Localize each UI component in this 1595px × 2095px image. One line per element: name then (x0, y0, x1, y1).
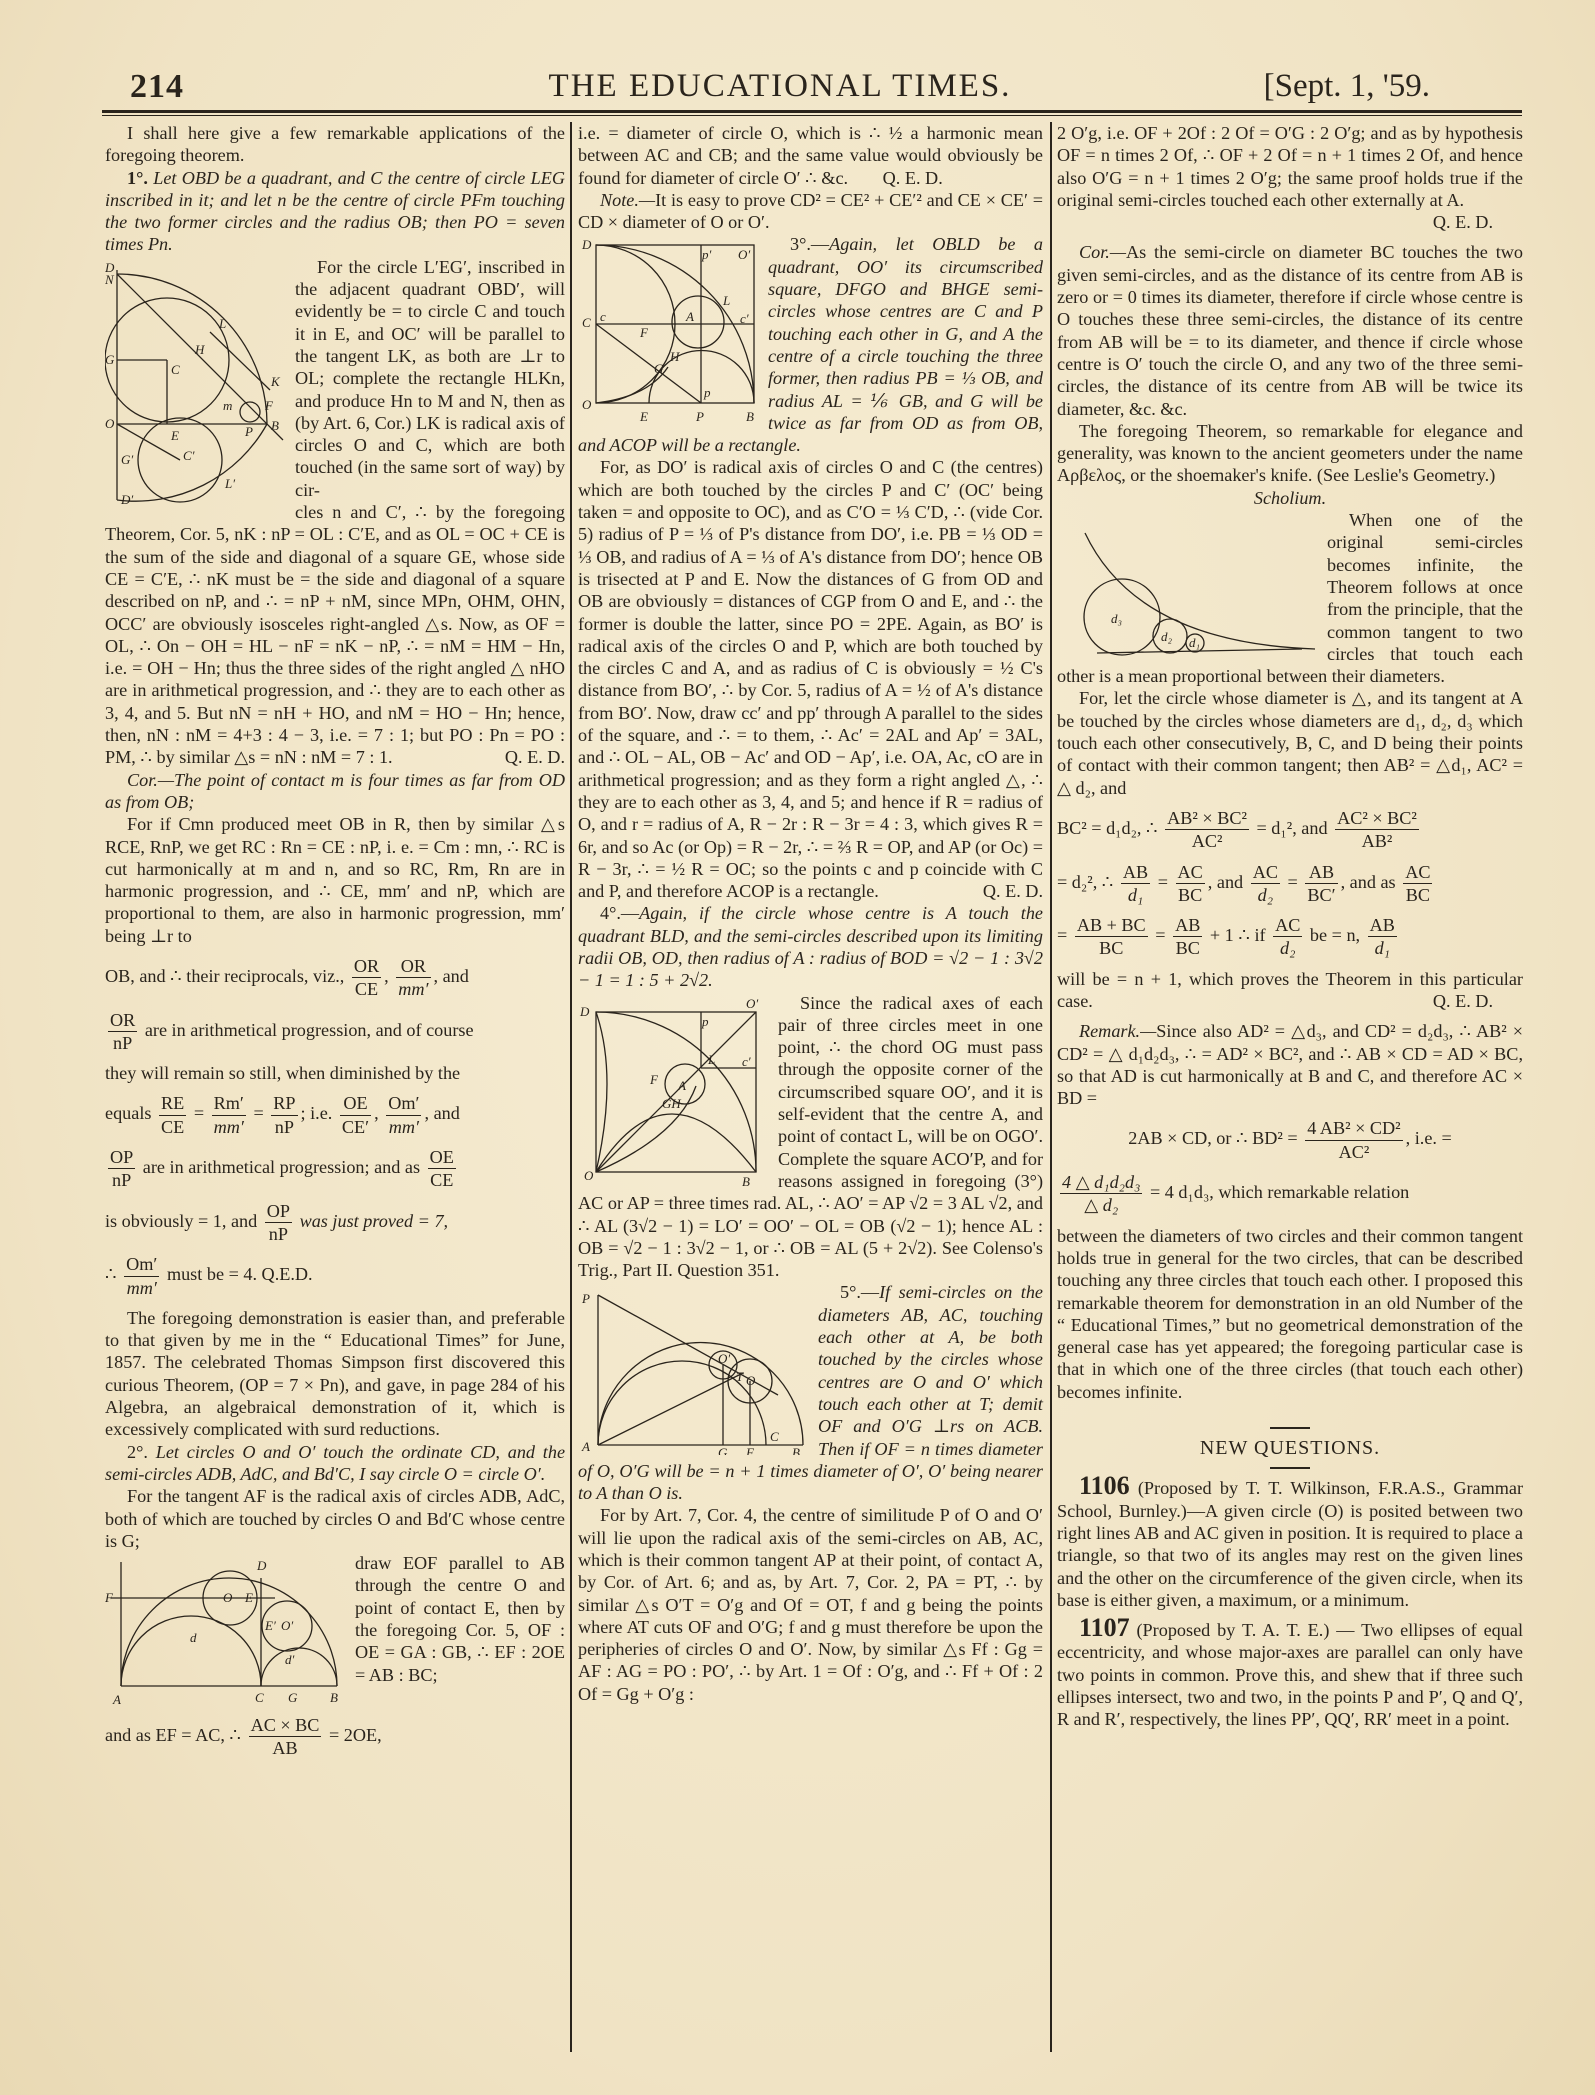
svg-text:E: E (170, 428, 179, 443)
masthead: 214 THE EDUCATIONAL TIMES. [Sept. 1, '59… (130, 62, 1430, 110)
svg-text:A: A (677, 1078, 686, 1093)
svg-text:B: B (746, 409, 754, 424)
scholium-conclusion: will be = n + 1, which proves the Theore… (1057, 968, 1523, 1013)
equation-reciprocals: OB, and ∴ their reciprocals, viz., ORCE,… (105, 955, 565, 1001)
svg-text:O′: O′ (746, 996, 758, 1011)
svg-text:H: H (194, 342, 205, 357)
svg-text:G: G (105, 352, 115, 367)
fraction: AB + BCBC (1075, 914, 1148, 960)
fraction: ACBC (1176, 861, 1205, 907)
proposition-4: 4°.—Again, if the circle whose centre is… (578, 902, 1043, 991)
svg-text:E′: E′ (264, 1618, 276, 1633)
svg-text:P: P (581, 1291, 590, 1306)
proposition-3-proof: For, as DO′ is radical axis of circles O… (578, 456, 1043, 902)
column-divider (1050, 122, 1052, 2052)
fraction: Rm′mm′ (212, 1092, 246, 1138)
svg-text:O′: O′ (718, 1351, 730, 1366)
fraction: AC × BCAB (249, 1714, 322, 1760)
svg-text:O: O (746, 1373, 756, 1388)
arbelos-diagram-icon: DFOE E′O′dd′ ACGB (105, 1556, 345, 1706)
fraction: RPnP (271, 1092, 297, 1138)
svg-text:d′: d′ (285, 1652, 295, 1667)
svg-text:d₁: d₁ (1189, 635, 1200, 650)
fraction: ORmm′ (396, 955, 430, 1001)
section-heading-new-questions: NEW QUESTIONS. (1057, 1437, 1523, 1459)
section-divider (1270, 1427, 1310, 1429)
fraction: 4 △ d₁d₂d₃△ d₂ (1060, 1171, 1142, 1217)
fraction: ACBC (1403, 861, 1432, 907)
fraction: ABBC′ (1305, 861, 1337, 907)
proposition-1: 1°. Let OBD be a quadrant, and C the cen… (105, 167, 565, 256)
svg-text:B: B (271, 418, 279, 433)
svg-text:L′: L′ (224, 476, 235, 491)
question-number: 1107 (1079, 1613, 1130, 1642)
fraction: ABd₁ (1368, 914, 1397, 960)
scholium-heading: Scholium. (1057, 487, 1523, 509)
header-rule-thin (102, 115, 1522, 116)
svg-text:D: D (256, 1558, 267, 1573)
intro-paragraph: I shall here give a few remarkable appli… (105, 122, 565, 167)
proposition-5-conclusion: 2 O′g, i.e. OF + 2Of : 2 Of = O′G : 2 O′… (1057, 122, 1523, 211)
svg-text:N: N (105, 272, 115, 287)
figure-arbelos: DFOE E′O′dd′ ACGB (105, 1556, 345, 1706)
svg-text:G: G (288, 1690, 298, 1705)
column-divider (570, 122, 572, 2052)
equation-ef: and as EF = AC, ∴ AC × BCAB = 2OE, (105, 1708, 565, 1760)
svg-text:P: P (695, 409, 704, 424)
proposition-2-proof: For the tangent AF is the radical axis o… (105, 1485, 565, 1552)
proposition-5-proof: For by Art. 7, Cor. 4, the centre of sim… (578, 1504, 1043, 1705)
column-3: 2 O′g, i.e. OF + 2Of : 2 Of = O′G : 2 O′… (1057, 122, 1523, 1731)
equation-conclusion: ∴ Om′mm′ must be = 4. Q.E.D. (105, 1253, 565, 1299)
section-divider (1270, 1467, 1310, 1469)
fraction: ABd₁ (1121, 861, 1150, 907)
fraction: RECE (159, 1092, 186, 1138)
fraction: AB² × BC²AC² (1165, 807, 1249, 853)
svg-text:O′: O′ (281, 1618, 293, 1633)
tangent-circles-diagram-icon: d₃d₂d₁ DCBA (1057, 513, 1317, 658)
svg-text:C′: C′ (183, 448, 195, 463)
svg-text:A: A (581, 1439, 590, 1454)
svg-text:P: P (244, 424, 253, 439)
square-quadrant-diagram-icon: Dp′O′L CcAc′ FHGp OEPB (578, 237, 758, 427)
svg-text:K: K (270, 374, 281, 389)
fraction: OECE′ (340, 1092, 371, 1138)
svg-text:L: L (722, 293, 730, 308)
svg-text:A: A (685, 309, 694, 324)
semicircle-tangent-diagram-icon: PO′TO AGFCB (578, 1285, 808, 1455)
svg-text:D: D (581, 237, 592, 252)
svg-text:c′: c′ (740, 311, 749, 326)
svg-text:F: F (105, 1590, 114, 1605)
svg-text:A: A (112, 1692, 121, 1706)
qed-marker: Q. E. D. (505, 746, 565, 768)
svg-text:E: E (244, 1590, 253, 1605)
svg-text:T: T (736, 1369, 744, 1384)
proposition-2-conclusion: i.e. = diameter of circle O, which is ∴ … (578, 122, 1043, 189)
proposition-2: 2°. Let circles O and O′ touch the ordin… (105, 1441, 565, 1486)
corollary-proof: For if Cmn produced meet OB in R, then b… (105, 813, 565, 947)
header-rule (102, 110, 1522, 113)
svg-text:F: F (649, 1072, 659, 1087)
corollary: Cor.—As the semi-circle on diameter BC t… (1057, 241, 1523, 419)
svg-text:c′: c′ (742, 1054, 751, 1069)
svg-text:O: O (223, 1590, 233, 1605)
svg-text:G′: G′ (121, 452, 133, 467)
publication-title: THE EDUCATIONAL TIMES. (130, 68, 1430, 105)
svg-text:p: p (703, 385, 711, 400)
historical-note: The foregoing demonstration is easier th… (105, 1307, 565, 1441)
equation-d2: = d₂², ∴ ABd₁ = ACBC, and ACd₂ = ABBC′, … (1057, 861, 1523, 907)
svg-text:GH: GH (662, 1096, 681, 1111)
svg-text:L: L (218, 316, 226, 331)
fraction: AC² × BC²AB² (1335, 807, 1419, 853)
equation-or-np: ORnP are in arithmetical progression, an… (105, 1009, 565, 1055)
equation-bc: BC² = d₁d₂, ∴ AB² × BC²AC² = d₁², and AC… (1057, 807, 1523, 853)
fraction: 4 AB² × CD²AC² (1305, 1117, 1402, 1163)
svg-text:F: F (639, 325, 649, 340)
svg-text:C: C (770, 1429, 779, 1444)
svg-text:d: d (190, 1630, 197, 1645)
svg-text:O′: O′ (738, 247, 750, 262)
svg-text:d₂: d₂ (1161, 629, 1173, 644)
svg-text:B: B (792, 1445, 800, 1455)
arbelos-paragraph: The foregoing Theorem, so remarkable for… (1057, 420, 1523, 487)
figure-semicircles-tangent: PO′TO AGFCB (578, 1285, 808, 1455)
svg-text:d₃: d₃ (1111, 611, 1122, 626)
question-1107: 1107 (Proposed by T. A. T. E.) — Two ell… (1057, 1617, 1523, 1730)
svg-text:G: G (718, 1445, 728, 1455)
svg-text:D: D (579, 1004, 590, 1019)
svg-text:G: G (654, 361, 664, 376)
equation-equals: equals RECE = Rm′mm′ = RPnP; i.e. OECE′,… (105, 1092, 565, 1138)
remark: Remark.—Since also AD² = △d₃, and CD² = … (1057, 1020, 1523, 1109)
fraction: ABBC (1173, 914, 1202, 960)
fraction: ORCE (352, 955, 381, 1001)
equation-op-np: OPnP are in arithmetical progression; an… (105, 1146, 565, 1192)
equation-sum: = AB + BCBC = ABBC + 1 ∴ if ACd₂ be = n,… (1057, 914, 1523, 960)
figure-tangent-circles: d₃d₂d₁ DCBA (1057, 513, 1317, 658)
svg-text:F: F (264, 398, 274, 413)
quadrant-lens-diagram-icon: DpO′L c′FAGH OB (578, 996, 768, 1186)
question-number: 1106 (1079, 1471, 1130, 1500)
svg-text:m: m (223, 398, 232, 413)
svg-text:C: C (582, 315, 591, 330)
fraction: ACd₂ (1251, 861, 1280, 907)
svg-text:F: F (745, 1445, 755, 1455)
svg-text:B: B (330, 1690, 338, 1705)
svg-text:H: H (669, 349, 680, 364)
corollary: Cor.—The point of contact m is four time… (105, 769, 565, 814)
quadrant-diagram-icon: DNL GHC KmF OEP BG′C′ L′D′ (105, 260, 285, 510)
fraction: OPnP (108, 1146, 135, 1192)
issue-date: [Sept. 1, '59. (1264, 68, 1430, 105)
equation-relation: 4 △ d₁d₂d₃△ d₂ = 4 d₁d₃, which remarkabl… (1057, 1171, 1523, 1217)
svg-text:D′: D′ (120, 492, 133, 507)
svg-text:L: L (707, 1052, 715, 1067)
fraction: ACd₂ (1273, 914, 1302, 960)
fraction: OPnP (265, 1200, 292, 1246)
column-1: I shall here give a few remarkable appli… (105, 122, 565, 1768)
svg-text:A: A (1294, 655, 1303, 658)
remark-conclusion: between the diameters of two circles and… (1057, 1225, 1523, 1403)
fraction: Om′mm′ (124, 1253, 159, 1299)
svg-text:O: O (582, 397, 592, 412)
question-1106: 1106 (Proposed by T. T. Wilkinson, F.R.A… (1057, 1475, 1523, 1611)
fraction: OECE (428, 1146, 456, 1192)
svg-text:C: C (255, 1690, 264, 1705)
svg-text:O: O (584, 1168, 594, 1183)
qed-marker: Q. E. D. (1057, 211, 1523, 233)
proposition-1-proof: cles n and C′, ∴ by the foregoing Theore… (105, 501, 565, 769)
equation-text: they will remain so still, when diminish… (105, 1062, 565, 1084)
equation-obviously: is obviously = 1, and OPnP was just prov… (105, 1200, 565, 1246)
svg-text:B: B (742, 1174, 750, 1186)
svg-text:E: E (639, 409, 648, 424)
svg-text:O: O (105, 416, 115, 431)
figure-quadrant-lens: DpO′L c′FAGH OB (578, 996, 768, 1186)
scholium-proof: For, let the circle whose diameter is △,… (1057, 687, 1523, 798)
svg-text:p′: p′ (701, 247, 712, 262)
note: Note.—It is easy to prove CD² = CE² + CE… (578, 189, 1043, 234)
column-2: i.e. = diameter of circle O, which is ∴ … (578, 122, 1043, 1705)
newspaper-page: 214 THE EDUCATIONAL TIMES. [Sept. 1, '59… (0, 0, 1595, 2095)
figure-quadrant-circles: DNL GHC KmF OEP BG′C′ L′D′ (105, 260, 285, 510)
equation-bd: 2AB × CD, or ∴ BD² = 4 AB² × CD²AC², i.e… (1057, 1117, 1523, 1163)
svg-text:p: p (701, 1014, 709, 1029)
svg-text:c: c (600, 309, 606, 324)
figure-square-quadrant: Dp′O′L CcAc′ FHGp OEPB (578, 237, 758, 427)
fraction: ORnP (108, 1009, 137, 1055)
svg-text:C: C (171, 362, 180, 377)
fraction: Om′mm′ (386, 1092, 421, 1138)
